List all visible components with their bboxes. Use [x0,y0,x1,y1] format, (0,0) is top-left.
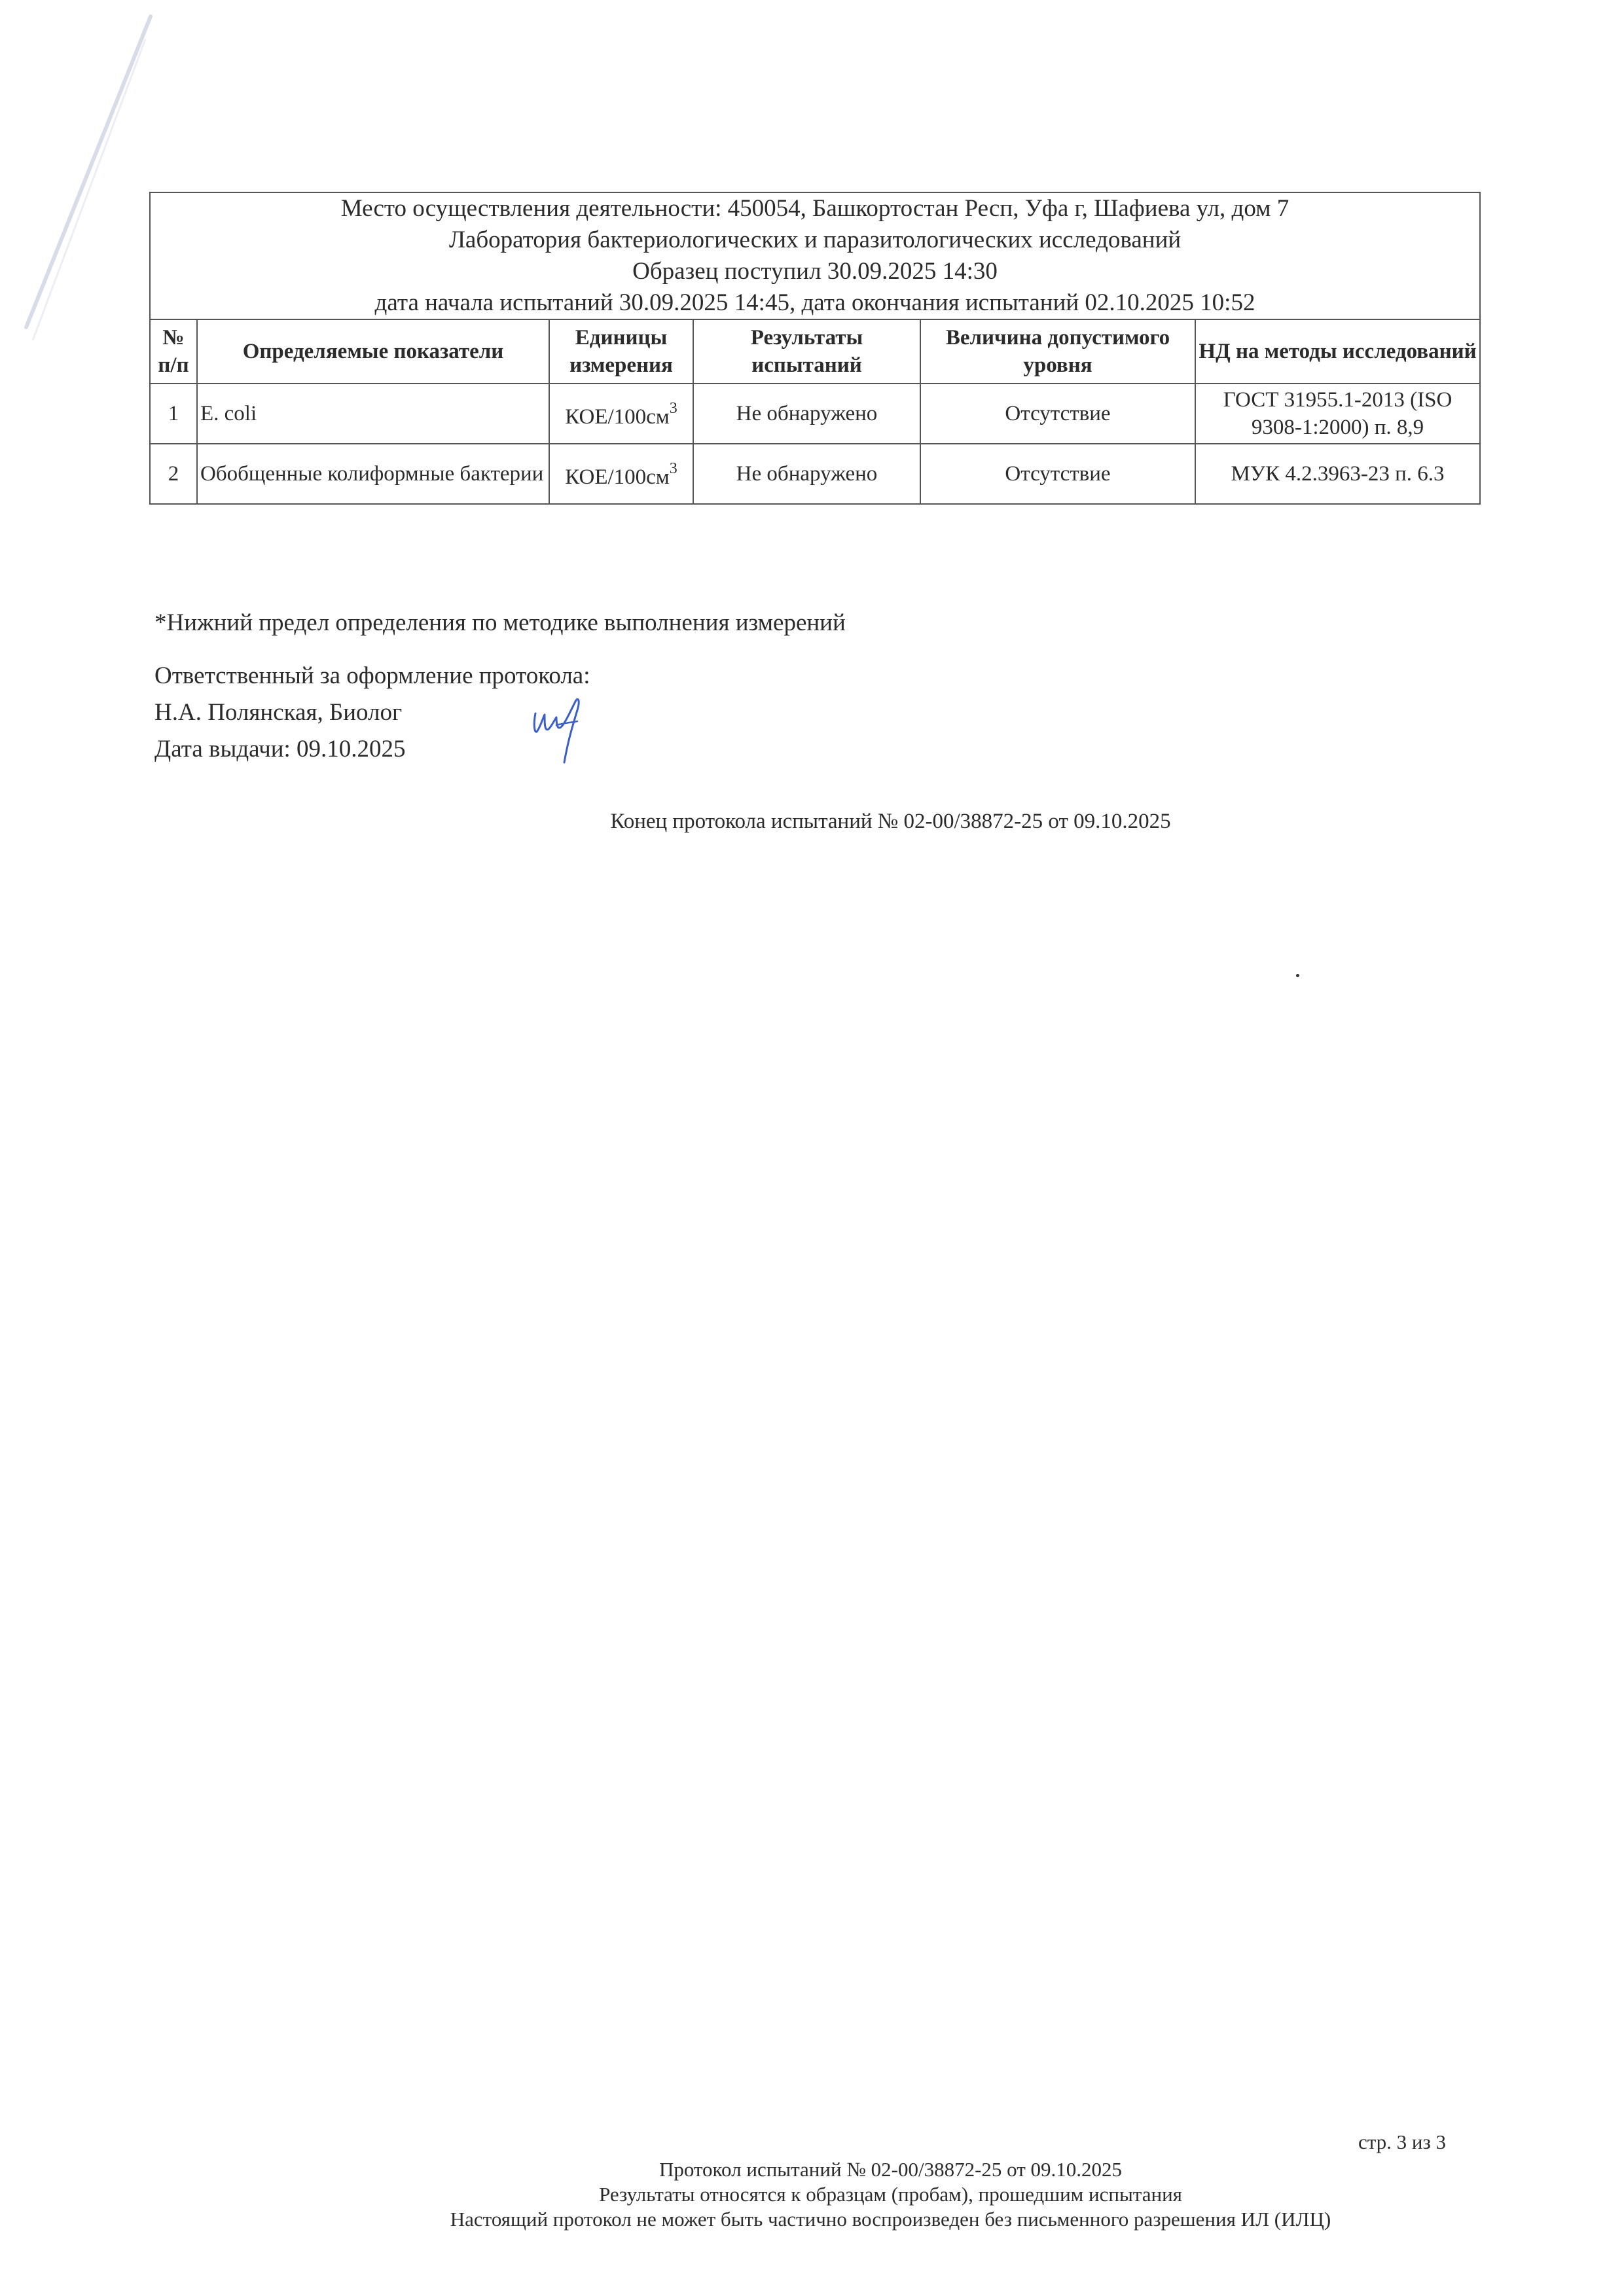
row-permissible: Отсутствие [920,384,1195,444]
column-header-unit: Единицы измерения [549,319,693,384]
protocol-info-block: Место осуществления деятельности: 450054… [150,192,1480,319]
signature-icon [530,694,596,766]
responsible-block: Ответственный за оформление протокола: Н… [154,658,590,768]
column-header-method: НД на методы исследований [1195,319,1480,384]
row-method: ГОСТ 31955.1-2013 (ISO 9308-1:2000) п. 8… [1195,384,1480,444]
table-header-row: № п/п Определяемые показатели Единицы из… [150,319,1480,384]
row-result: Не обнаружено [693,384,920,444]
row-number: 2 [150,444,197,504]
end-of-protocol: Конец протокола испытаний № 02-00/38872-… [0,810,1624,834]
scan-artifact-streak [7,13,164,340]
location-line: Место осуществления деятельности: 450054… [154,193,1475,224]
table-row: 2 Обобщенные колиформные бактерии КОЕ/10… [150,444,1480,504]
laboratory-line: Лаборатория бактериологических и паразит… [154,224,1475,256]
page-footer: Протокол испытаний № 02-00/38872-25 от 0… [0,2157,1624,2232]
row-unit: КОЕ/100см3 [549,384,693,444]
page-number: стр. 3 из 3 [1358,2130,1446,2154]
footer-protocol-line: Протокол испытаний № 02-00/38872-25 от 0… [157,2157,1624,2182]
table-row: 1 E. coli КОЕ/100см3 Не обнаружено Отсут… [150,384,1480,444]
unit-text: КОЕ/100см [565,465,669,489]
row-number: 1 [150,384,197,444]
test-dates-line: дата начала испытаний 30.09.2025 14:45, … [154,287,1475,319]
unit-superscript: 3 [670,400,677,417]
column-header-indicator: Определяемые показатели [197,319,549,384]
responsible-person: Н.А. Полянская, Биолог [154,694,590,731]
row-method: МУК 4.2.3963-23 п. 6.3 [1195,444,1480,504]
row-permissible: Отсутствие [920,444,1195,504]
footnote: *Нижний предел определения по методике в… [154,609,846,637]
footer-results-line: Результаты относятся к образцам (пробам)… [157,2182,1624,2207]
row-unit: КОЕ/100см3 [549,444,693,504]
sample-received-line: Образец поступил 30.09.2025 14:30 [154,256,1475,287]
row-indicator: Обобщенные колиформные бактерии [197,444,549,504]
row-indicator: E. coli [197,384,549,444]
column-header-permissible: Величина допустимого уровня [920,319,1195,384]
unit-text: КОЕ/100см [565,405,669,429]
scan-speck [1296,974,1299,977]
column-header-number: № п/п [150,319,197,384]
protocol-table: Место осуществления деятельности: 450054… [149,192,1481,505]
footer-reproduction-line: Настоящий протокол не может быть частичн… [157,2207,1624,2232]
issue-date: Дата выдачи: 09.10.2025 [154,731,590,768]
column-header-result: Результаты испытаний [693,319,920,384]
unit-superscript: 3 [670,460,677,477]
responsible-label: Ответственный за оформление протокола: [154,658,590,694]
row-result: Не обнаружено [693,444,920,504]
